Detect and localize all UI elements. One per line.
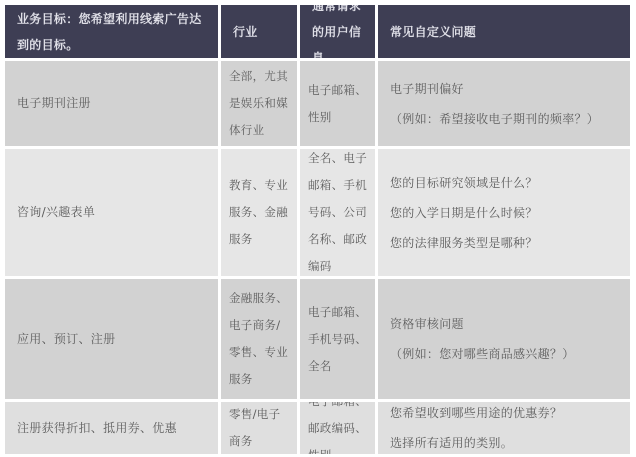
lead-ads-goals-table: 业务目标：您希望利用线索广告达到的目标。 行业 通常请求的用户信息 常见自定义问… xyxy=(5,5,630,454)
question-line: 电子期刊偏好 xyxy=(390,74,464,104)
industry-cell: 金融服务、电子商务/零售、专业服务 xyxy=(221,279,297,399)
questions-cell: 资格审核问题 （例如：您对哪些商品感兴趣？） xyxy=(378,279,630,399)
question-line: （例如：您对哪些商品感兴趣？） xyxy=(390,339,575,369)
industry-cell: 全部，尤其是娱乐和媒体行业 xyxy=(221,61,297,146)
question-line: 选择所有适用的类别。 xyxy=(390,428,513,454)
user-info-cell: 全名、电子邮箱、手机号码、公司名称、邮政编码 xyxy=(300,149,375,276)
questions-cell: 电子期刊偏好 （例如：希望接收电子期刊的频率？） xyxy=(378,61,630,146)
question-line: 您的法律服务类型是哪种？ xyxy=(390,228,538,258)
header-business-goal: 业务目标：您希望利用线索广告达到的目标。 xyxy=(5,5,218,58)
header-custom-questions: 常见自定义问题 xyxy=(378,5,630,58)
goal-cell: 电子期刊注册 xyxy=(5,61,218,146)
question-line: 您希望收到哪些用途的优惠券？ xyxy=(390,402,562,428)
header-industry: 行业 xyxy=(221,5,297,58)
questions-cell: 您的目标研究领域是什么？ 您的入学日期是什么时候？ 您的法律服务类型是哪种？ xyxy=(378,149,630,276)
question-line: 您的入学日期是什么时候？ xyxy=(390,198,538,228)
user-info-cell: 电子邮箱、手机号码、全名 xyxy=(300,279,375,399)
goal-cell: 注册获得折扣、抵用券、优惠 xyxy=(5,402,218,454)
questions-cell: 您希望收到哪些用途的优惠券？ 选择所有适用的类别。 xyxy=(378,402,630,454)
header-user-info: 通常请求的用户信息 xyxy=(300,5,375,58)
lead-ads-table-page: 业务目标：您希望利用线索广告达到的目标。 行业 通常请求的用户信息 常见自定义问… xyxy=(0,0,636,457)
goal-cell: 咨询/兴趣表单 xyxy=(5,149,218,276)
question-line: （例如：希望接收电子期刊的频率？） xyxy=(390,104,599,134)
industry-cell: 零售/电子商务 xyxy=(221,402,297,454)
question-line: 您的目标研究领域是什么？ xyxy=(390,168,538,198)
goal-cell: 应用、预订、注册 xyxy=(5,279,218,399)
industry-cell: 教育、专业服务、金融服务 xyxy=(221,149,297,276)
question-line: 资格审核问题 xyxy=(390,309,464,339)
user-info-cell: 电子邮箱、性别 xyxy=(300,61,375,146)
user-info-cell: 电子邮箱、邮政编码、性别 xyxy=(300,402,375,454)
